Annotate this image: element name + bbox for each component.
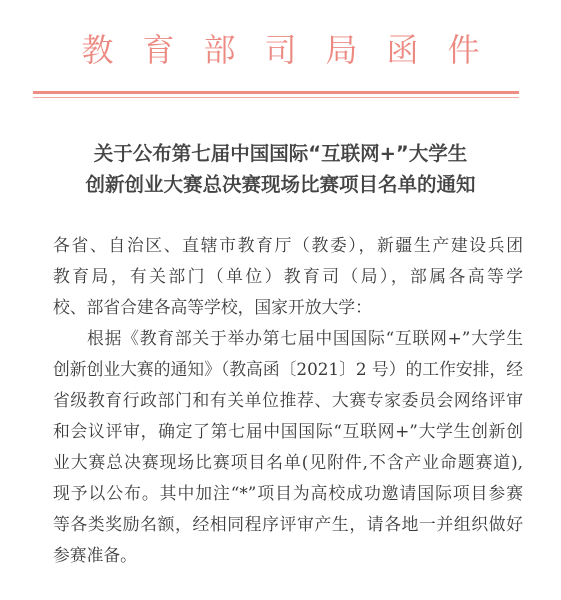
body-line-8: 参赛准备。 (53, 540, 523, 571)
body-line-3: 省级教育行政部门和有关单位推荐、大赛专家委员会网络评审 (53, 385, 523, 416)
body-line-4: 和会议评审，确定了第七届中国国际“互联网+”大学生创新创 (53, 416, 523, 447)
document-title-line-2: 创新创业大赛总决赛现场比赛项目名单的通知 (0, 169, 561, 200)
body-line-1: 根据《教育部关于举办第七届中国国际“互联网+”大学生 (53, 323, 523, 354)
document-body: 各省、自治区、直辖市教育厅（教委），新疆生产建设兵团 教育局，有关部门（单位）教… (53, 230, 523, 571)
letterhead-rule-thick (33, 91, 519, 94)
body-line-2: 创新创业大赛的通知》（教高函〔2021〕2 号）的工作安排，经 (53, 354, 523, 385)
body-line-7: 等各类奖励名额，经相同程序评审产生，请各地一并组织做好 (53, 509, 523, 540)
salutation-line-3: 校、部省合建各高等学校，国家开放大学： (53, 292, 523, 323)
document-title: 关于公布第七届中国国际“互联网+”大学生 创新创业大赛总决赛现场比赛项目名单的通… (0, 138, 561, 200)
letterhead: 教育部司局函件 (0, 30, 561, 70)
letterhead-title: 教育部司局函件 (81, 30, 508, 70)
document-title-line-1: 关于公布第七届中国国际“互联网+”大学生 (0, 138, 561, 169)
body-line-5: 业大赛总决赛现场比赛项目名单(见附件,不含产业命题赛道), (53, 447, 523, 478)
salutation-line-1: 各省、自治区、直辖市教育厅（教委），新疆生产建设兵团 (53, 230, 523, 261)
letterhead-rule-thin (33, 97, 519, 98)
salutation-line-2: 教育局，有关部门（单位）教育司（局），部属各高等学 (53, 261, 523, 292)
body-line-6: 现予以公布。其中加注“*”项目为高校成功邀请国际项目参赛 (53, 478, 523, 509)
